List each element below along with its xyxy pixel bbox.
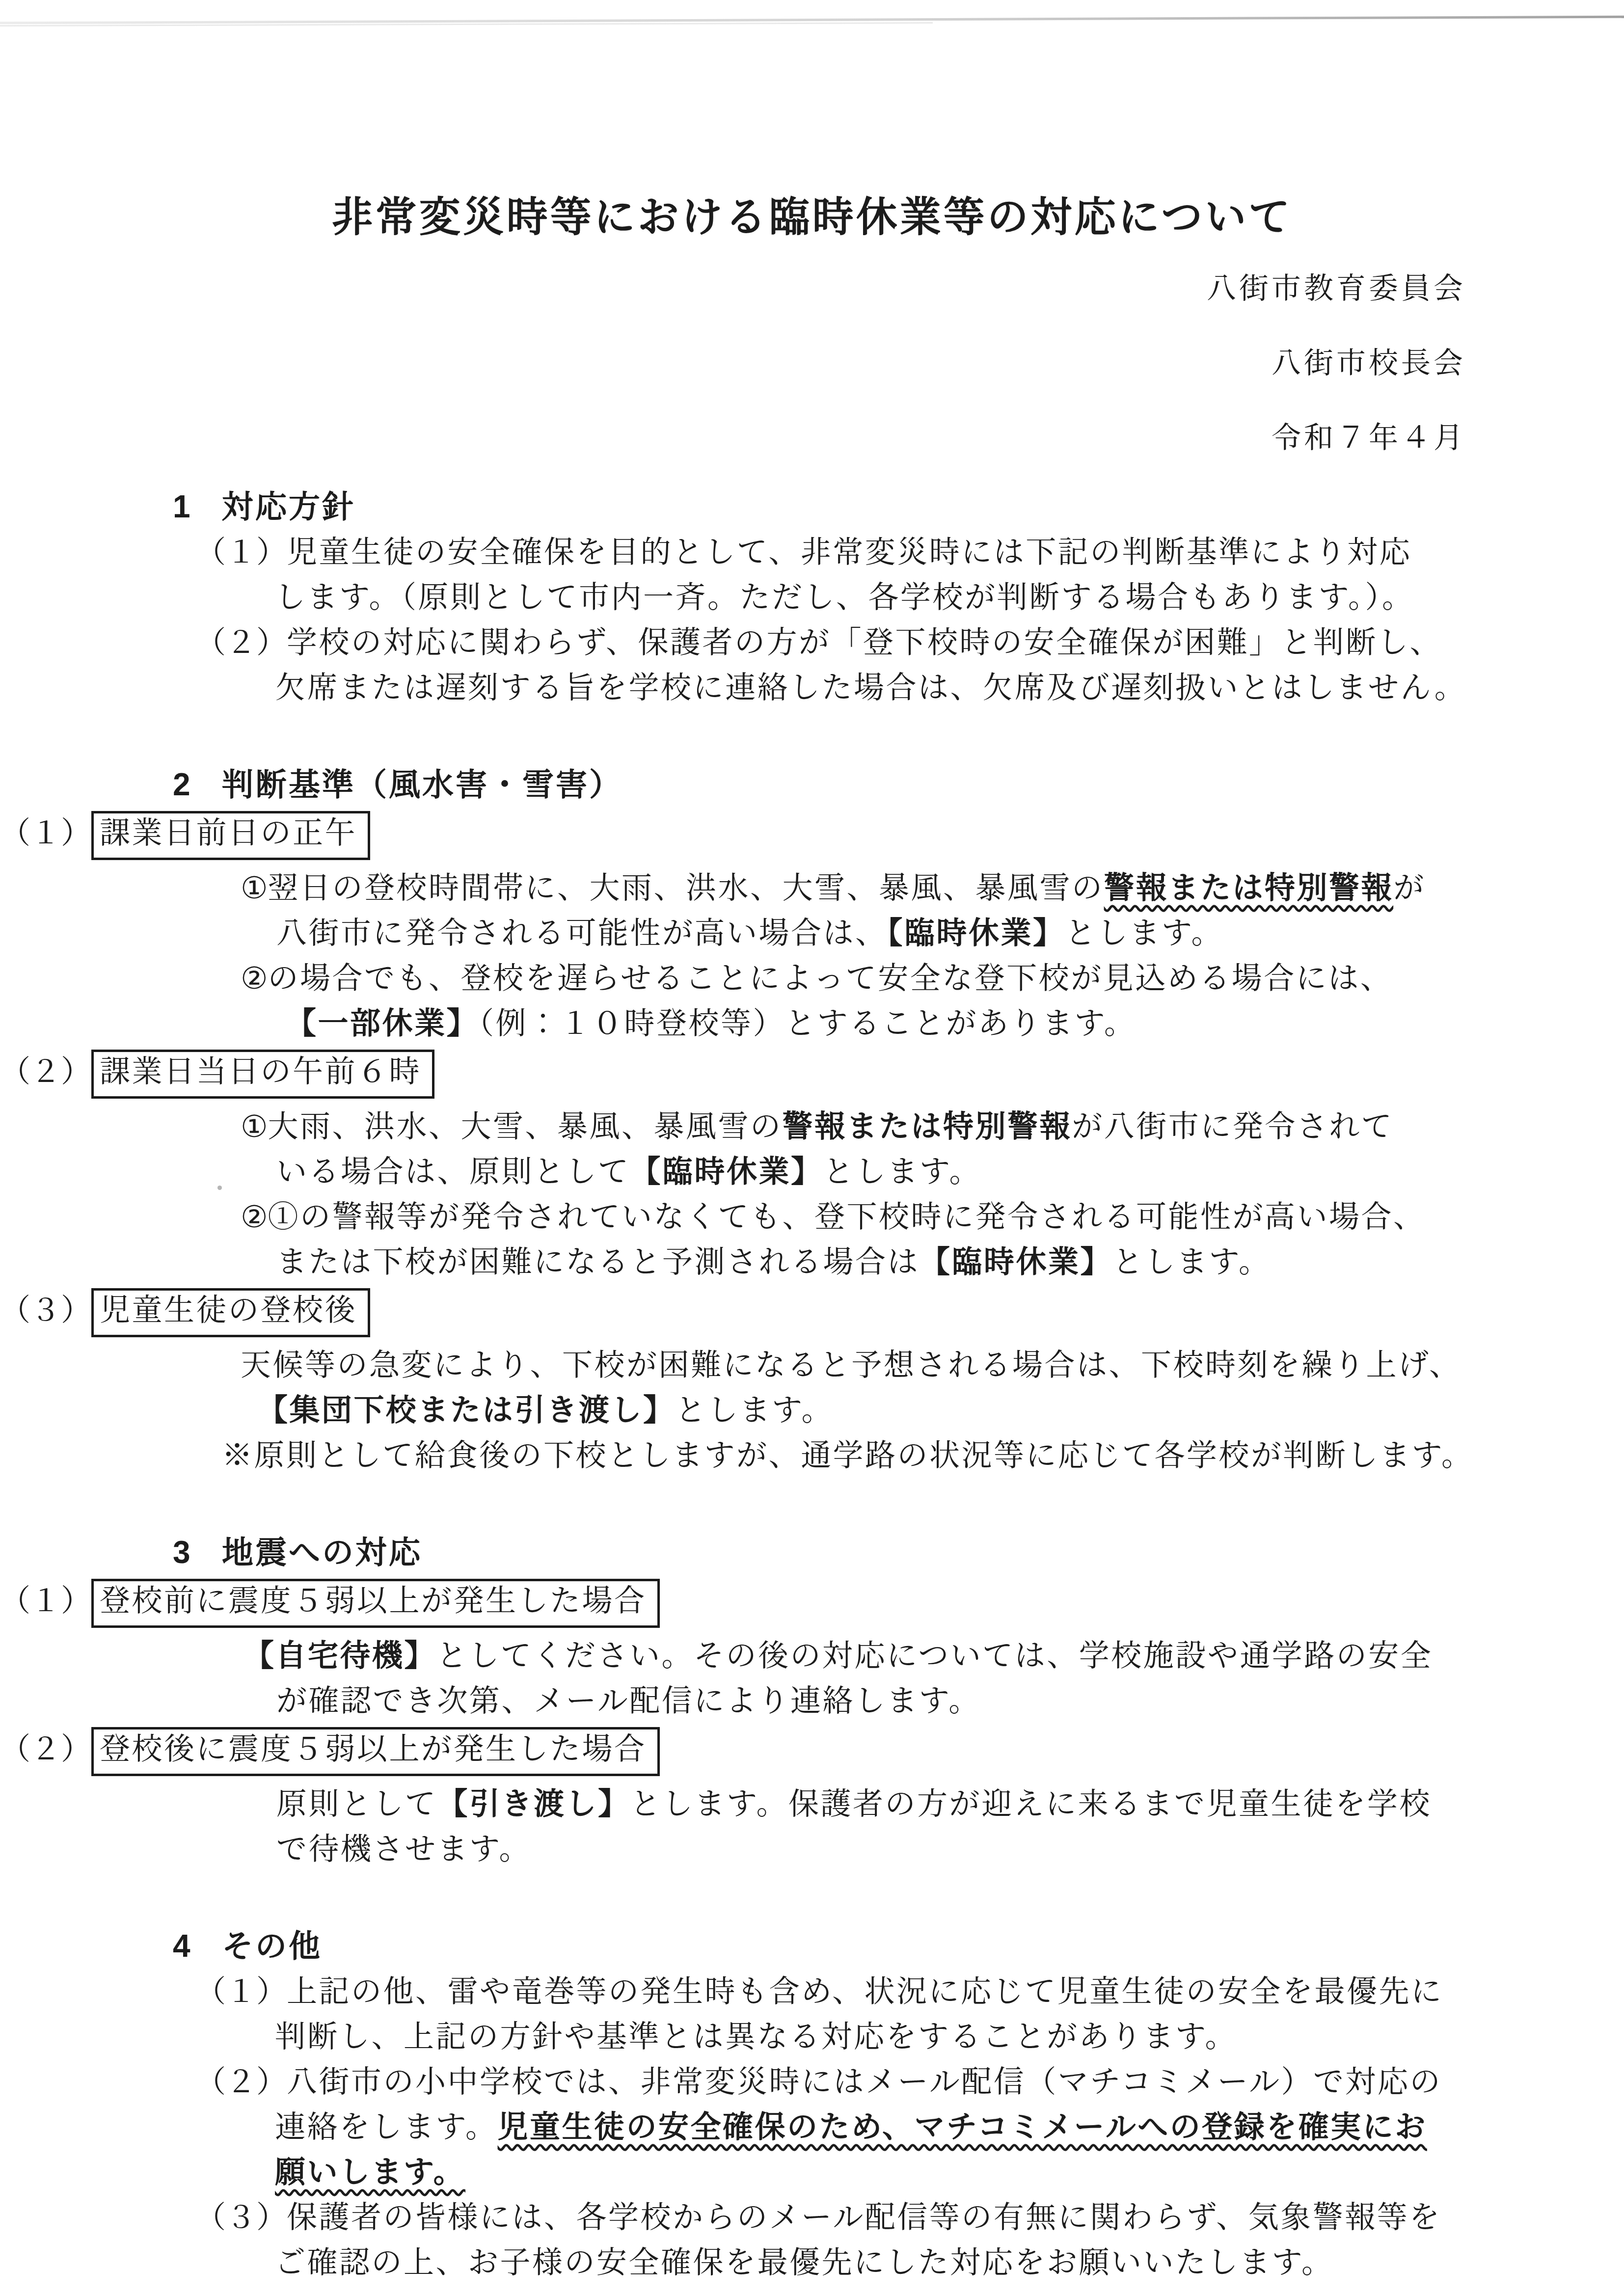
s2-clause1b-pre: 八街市に発令される可能性が高い場合は、 [276,917,888,950]
section-4-title: その他 [222,1928,322,1964]
s2-item3-marker: （３） [0,1288,91,1333]
s4-item2-text: 八街市の小中学校では、非常変災時にはメール配信（マチコミメール）で対応の [287,2066,1442,2099]
s1-item1-marker: （１） [195,530,287,575]
s2-clause1-warning-emphasis: 警報または特別警報 [1104,871,1394,905]
section-3-heading: 3地震への対応 [173,1529,1624,1576]
s1-item2-line2: 欠席または遅刻する旨を学校に連絡した場合は、欠席及び遅刻扱いとはしません。 [275,666,1624,711]
section-1-title: 対応方針 [222,489,355,524]
s3-item2-marker: （２） [0,1727,91,1772]
s2-clause3-marker: ① [241,1110,268,1144]
s1-item2-marker: （２） [195,621,287,666]
s3-clause1-line2: が確認でき次第、メール配信により連絡します。 [276,1679,1624,1724]
s2-item3-boxed-heading: 児童生徒の登校後 [91,1288,370,1337]
section-1-heading: 1対応方針 [173,483,1624,530]
s2-item3-heading-line: （３）児童生徒の登校後 [0,1288,1624,1337]
s2-clause3-warning-emphasis: 警報または特別警報 [783,1110,1072,1144]
s2-clause1-marker: ① [241,872,268,905]
s2-item1-heading-line: （１）課業日前日の正午 [0,811,1624,860]
s2-item2-boxed-heading: 課業日当日の午前６時 [91,1050,434,1099]
s3-clause1-post: としてください。その後の対応については、学校施設や通学路の安全 [436,1640,1433,1673]
section-3-number: 3 [173,1529,222,1576]
s3-item1-marker: （１） [0,1579,91,1624]
s2-clause1-line1: ①翌日の登校時間帯に、大雨、洪水、大雪、暴風、暴風雪の警報または特別警報が [241,866,1624,911]
byline-organization-1: 八街市教育委員会 [0,251,1466,326]
s4-item3-marker: （３） [195,2195,287,2241]
s2-clause5-post: とします。 [676,1394,834,1428]
s2-clause2-post: （例：１０時登校等）とすることがあります。 [479,1007,1137,1041]
s2-clause2-partial-closure-emphasis: 【一部休業】 [286,1007,479,1041]
s2-clause5-dismissal-emphasis: 【集団下校または引き渡し】 [257,1394,676,1428]
s1-item2-line1: （２）学校の対応に関わらず、保護者の方が「登下校時の安全確保が困難」と判断し、 [195,621,1624,666]
scan-speckle [217,1186,222,1190]
s2-clause1-post: が [1393,872,1426,905]
s2-clause3-pre: 大雨、洪水、大雪、暴風、暴風雪の [268,1110,783,1144]
byline-organization-2: 八街市校長会 [0,326,1466,401]
section-1-number: 1 [173,483,222,530]
s4-item1-marker: （１） [195,1970,287,2015]
s2-clause4b-closure-emphasis: 【臨時休業】 [920,1245,1112,1279]
s2-clause3b-pre: いる場合は、原則として [276,1156,630,1189]
section-3-title: 地震への対応 [222,1535,422,1570]
s2-clause4-text: ①の警報等が発令されていなくても、登下校時に発令される可能性が高い場合、 [268,1201,1426,1234]
s2-clause1-pre: 翌日の登校時間帯に、大雨、洪水、大雪、暴風、暴風雪の [268,872,1104,905]
s3-clause2-pre: 原則として [276,1788,437,1821]
s3-clause1-line1: 【自宅待機】としてください。その後の対応については、学校施設や通学路の安全 [244,1634,1624,1679]
section-2-title: 判断基準（風水害・雪害） [222,767,623,802]
section-4-heading: 4その他 [173,1922,1624,1970]
s2-clause4b-post: とします。 [1112,1246,1271,1279]
s2-clause3-line1: ①大雨、洪水、大雪、暴風、暴風雪の警報または特別警報が八街市に発令されて [241,1105,1624,1150]
s2-clause3-line2: いる場合は、原則として【臨時休業】とします。 [276,1150,1624,1195]
s2-item2-marker: （２） [0,1050,91,1095]
s4-item1-line2: 判断し、上記の方針や基準とは異なる対応をすることがあります。 [275,2015,1624,2060]
s2-clause2-line2: 【一部休業】（例：１０時登校等）とすることがあります。 [286,1001,1624,1047]
s3-item1-heading-line: （１）登校前に震度５弱以上が発生した場合 [0,1579,1624,1628]
section-2-number: 2 [173,761,222,808]
s3-item2-heading-line: （２）登校後に震度５弱以上が発生した場合 [0,1727,1624,1776]
s4-item3-line1: （３）保護者の皆様には、各学校からのメール配信等の有無に関わらず、気象警報等を [195,2195,1624,2241]
s4-item2-line3: 願いします。 [275,2150,1624,2195]
s2-clause4-marker: ② [241,1201,268,1234]
s2-item2-heading-line: （２）課業日当日の午前６時 [0,1050,1624,1099]
s2-clause3b-post: とします。 [823,1156,982,1189]
s2-clause4-line2: または下校が困難になると予測される場合は【臨時休業】とします。 [276,1240,1624,1285]
s1-item1-text: 児童生徒の安全確保を目的として、非常変災時には下記の判断基準により対応 [287,536,1411,569]
section-2-heading: 2判断基準（風水害・雪害） [173,761,1624,808]
byline-block: 八街市教育委員会 八街市校長会 令和７年４月 [0,251,1624,475]
document-title: 非常変災時等における臨時休業等の対応について [0,189,1624,244]
s4-item3-line2: ご確認の上、お子様の安全確保を最優先にした対応をお願いいたします。 [275,2241,1624,2286]
s4-item2-marker: （２） [195,2060,287,2105]
s2-clause1b-closure-emphasis: 【臨時休業】 [888,917,1065,950]
s3-clause2-handover-emphasis: 【引き渡し】 [437,1787,630,1821]
s4-item2-line2: 連絡をします。児童生徒の安全確保のため、マチコミメールへの登録を確実にお [275,2105,1624,2150]
s2-clause2-marker: ② [241,962,268,996]
s2-clause3b-closure-emphasis: 【臨時休業】 [630,1155,823,1189]
s1-item2-text: 学校の対応に関わらず、保護者の方が「登下校時の安全確保が困難」と判断し、 [287,626,1442,660]
s2-item1-marker: （１） [0,811,91,856]
s4-item2-pre: 連絡をします。 [275,2111,498,2144]
byline-date: 令和７年４月 [0,401,1466,475]
s2-note-line: ※原則として給食後の下校としますが、通学路の状況等に応じて各学校が判断します。 [222,1433,1624,1479]
s2-clause4b-pre: または下校が困難になると予測される場合は [276,1246,920,1279]
s2-clause2-line1: ②の場合でも、登校を遅らせることによって安全な登下校が見込める場合には、 [241,956,1624,1001]
s4-item1-line1: （１）上記の他、雷や竜巻等の発生時も含め、状況に応じて児童生徒の安全を最優先に [195,1970,1624,2015]
s4-item2-line1: （２）八街市の小中学校では、非常変災時にはメール配信（マチコミメール）で対応の [195,2060,1624,2105]
s3-clause2-line1: 原則として【引き渡し】とします。保護者の方が迎えに来るまで児童生徒を学校 [276,1782,1624,1827]
s3-item1-boxed-heading: 登校前に震度５弱以上が発生した場合 [91,1579,660,1628]
s2-clause3-post: が八街市に発令されて [1072,1110,1393,1144]
s1-item1-line2: します。（原則として市内一斉。ただし、各学校が判断する場合もあります。）。 [275,575,1624,621]
s3-clause2-post: とします。保護者の方が迎えに来るまで児童生徒を学校 [630,1788,1432,1821]
s3-item2-boxed-heading: 登校後に震度５弱以上が発生した場合 [91,1727,660,1776]
s2-clause1-line2: 八街市に発令される可能性が高い場合は、【臨時休業】とします。 [276,911,1624,956]
s2-item1-boxed-heading: 課業日前日の正午 [91,811,370,860]
s3-clause1-stay-home-emphasis: 【自宅待機】 [244,1639,436,1673]
s2-clause2-text: の場合でも、登校を遅らせることによって安全な登下校が見込める場合には、 [268,962,1393,996]
s4-item3-text: 保護者の皆様には、各学校からのメール配信等の有無に関わらず、気象警報等を [287,2201,1441,2235]
s2-clause5-line1: 天候等の急変により、下校が困難になると予想される場合は、下校時刻を繰り上げ、 [241,1343,1624,1388]
s4-item2-registration-emphasis-cont: 願いします。 [275,2156,465,2189]
s2-clause1b-post: とします。 [1065,917,1224,950]
s2-clause4-line1: ②①の警報等が発令されていなくても、登下校時に発令される可能性が高い場合、 [241,1195,1624,1240]
s1-item1-line1: （１）児童生徒の安全確保を目的として、非常変災時には下記の判断基準により対応 [195,530,1624,575]
document-page: 非常変災時等における臨時休業等の対応について 八街市教育委員会 八街市校長会 令… [0,0,1624,2296]
s2-clause5-line2: 【集団下校または引き渡し】とします。 [257,1388,1624,1433]
s4-item2-registration-emphasis: 児童生徒の安全確保のため、マチコミメールへの登録を確実にお [498,2110,1427,2144]
section-4-number: 4 [173,1922,222,1970]
s3-clause2-line2: で待機させます。 [276,1827,1624,1872]
s4-item1-text: 上記の他、雷や竜巻等の発生時も含め、状況に応じて児童生徒の安全を最優先に [287,1975,1443,2009]
